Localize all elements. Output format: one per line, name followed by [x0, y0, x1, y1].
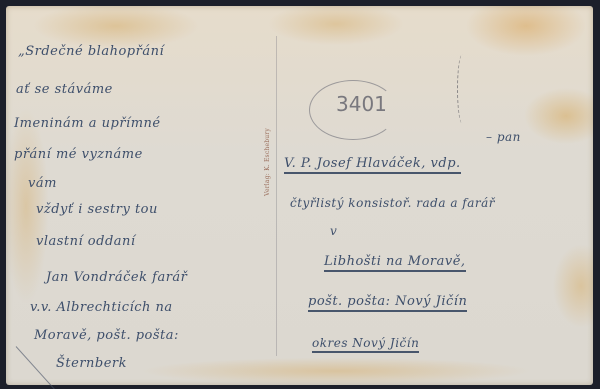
address-line: čtyřlistý konsistoř. rada a farář	[290, 196, 495, 210]
postcard-back: Verlag: K. Eschebury 3401 „Srdečné blaho…	[6, 6, 593, 385]
message-line: Šternberk	[56, 356, 127, 371]
address-line: – pan	[486, 130, 521, 144]
postcard-divider-line	[276, 36, 277, 356]
message-line: v.v. Albrechticích na	[30, 300, 173, 315]
pencil-note: 3401	[336, 92, 387, 116]
postmark-trace	[457, 54, 468, 124]
message-line: „Srdečné blahopřání	[18, 44, 164, 59]
message-line: přání mé vyznáme	[14, 147, 143, 162]
publisher-imprint: Verlag: K. Eschebury	[264, 128, 271, 196]
address-line: v	[330, 224, 337, 238]
pencil-stroke	[16, 346, 57, 389]
message-line: Imeninám a upřímné	[14, 116, 161, 131]
message-line: ať se stáváme	[16, 82, 113, 97]
address-line-district: okres Nový Jičín	[312, 336, 419, 353]
message-line: vám	[28, 176, 57, 191]
address-line-recipient: V. P. Josef Hlaváček, vdp.	[284, 156, 461, 174]
message-line: vždyť i sestry tou	[36, 202, 158, 217]
address-line-post: pošt. pošta: Nový Jičín	[308, 294, 467, 312]
message-line: vlastní oddaní	[36, 234, 136, 249]
address-line-town: Libhošti na Moravě,	[324, 254, 466, 272]
message-line: Jan Vondráček farář	[46, 270, 187, 285]
message-line: Moravě, pošt. pošta:	[34, 328, 179, 343]
